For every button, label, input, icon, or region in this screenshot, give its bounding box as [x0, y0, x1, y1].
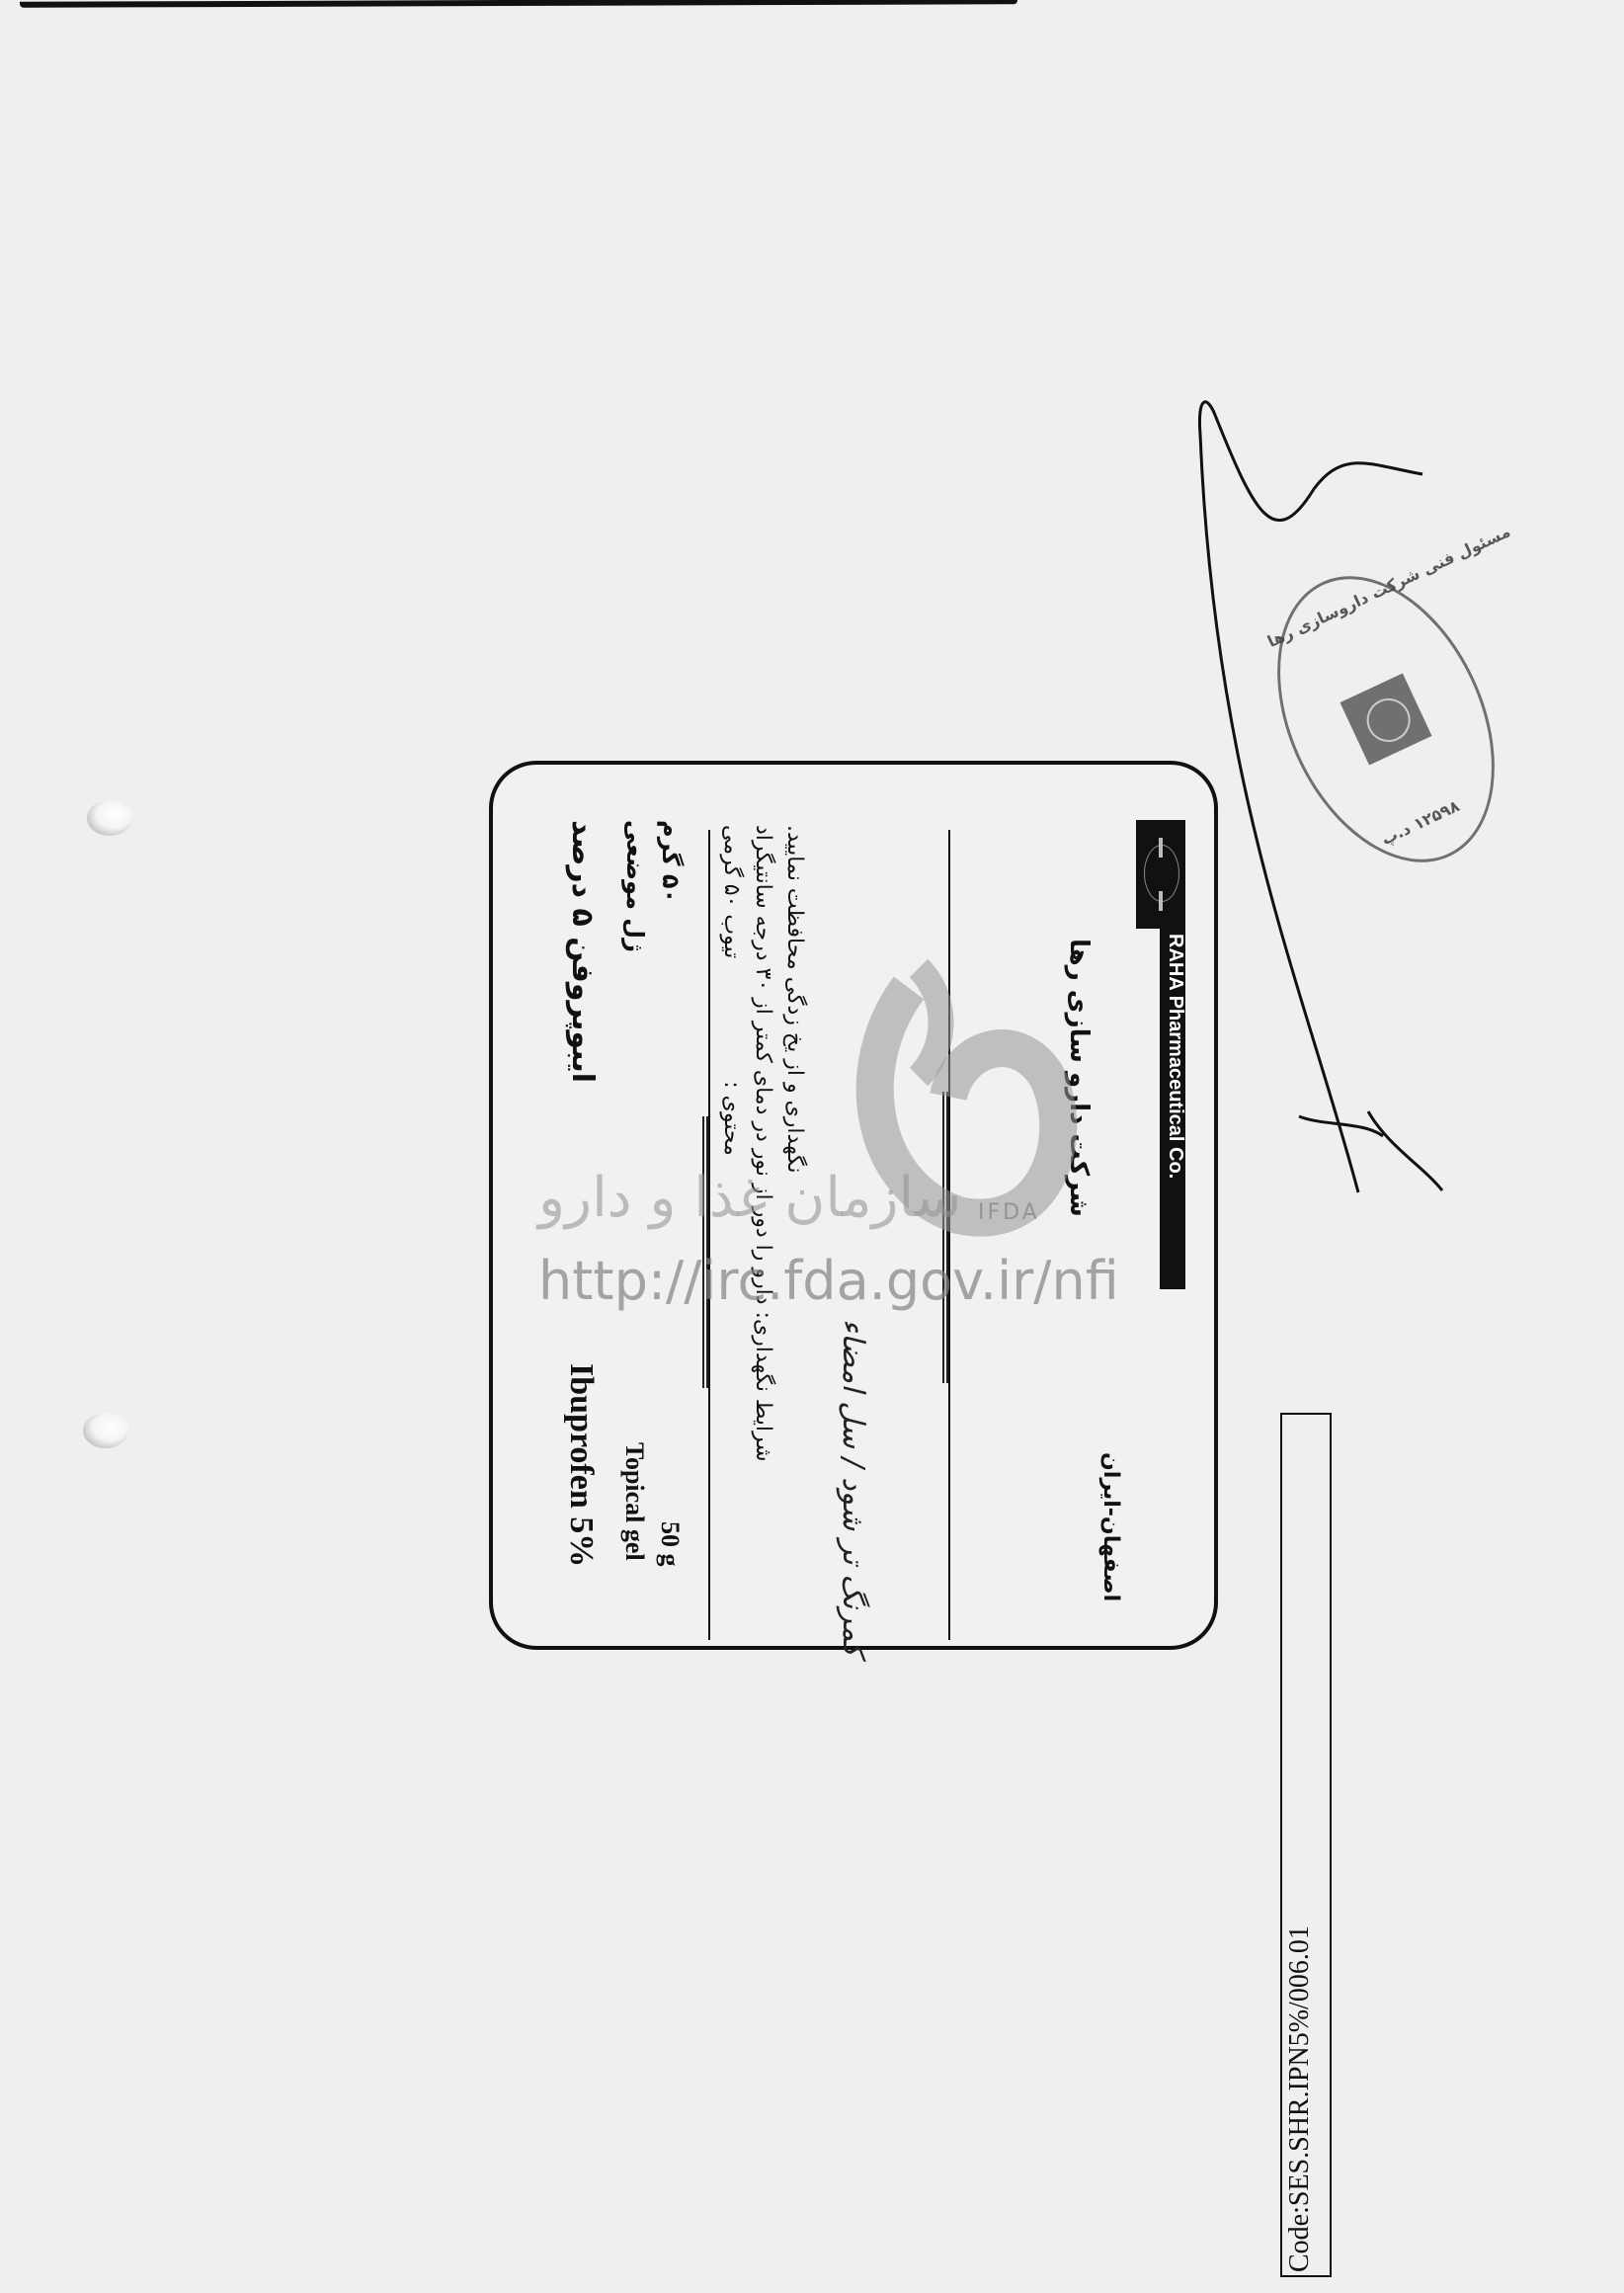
location-fa: اصفهان-ایران: [1098, 1452, 1123, 1601]
company-name-en: RAHA Pharmaceutical Co.: [1164, 934, 1186, 1179]
stamp-text: مسئول فنی شرکت داروسازی رها: [1264, 522, 1513, 651]
product-name-en: Ibuprofen 5%: [562, 1363, 600, 1567]
contents-label-text: محتوی :: [719, 1081, 744, 1156]
dosage-form-en: Topical gel: [619, 1442, 649, 1561]
quantity-fa: ۵۰ گرم: [657, 820, 685, 903]
storage-conditions-line2: نگهداری و از یخ زدگی محافظت نمایید.: [782, 825, 807, 1174]
divider-line: [948, 830, 950, 1640]
handwritten-note: کمرنگ تر شود / سل امضاء: [836, 1319, 870, 1657]
logo-mark: [1136, 820, 1185, 929]
page-top-edge: [20, 0, 1017, 8]
quantity-en: 50 g: [655, 1521, 685, 1567]
storage-conditions-line1: شرایط نگهداری: دارو را دور از نور در دما…: [751, 825, 775, 1462]
company-name-fa: شرکت دارو سازی رها: [1064, 939, 1094, 1217]
product-name-fa: ایبوپروفن ۵ درصد: [565, 820, 600, 1083]
stamp-logo-icon: [1340, 673, 1431, 765]
watermark-abbr: IFDA: [978, 1200, 1040, 1225]
divider-double: [942, 1092, 948, 1383]
document-code: Code:SES.SHR.IPN5%/006.01: [1284, 1925, 1316, 2272]
company-stamp: مسئول فنی شرکت داروسازی رها ۱۲۵۹۸ د.پ: [1235, 541, 1538, 897]
punch-hole: [87, 800, 132, 836]
contents-value: تیوب ۵۰ گرمی: [719, 825, 744, 958]
watermark-org-name: سازمان غذا و دارو: [538, 1166, 961, 1230]
contents-label: محتوی : تیوب ۵۰ گرمی: [719, 825, 744, 1156]
dosage-form-fa: ژل موضعی: [621, 820, 649, 952]
watermark-url: http://irc.fda.gov.ir/nfi: [538, 1250, 1119, 1312]
stamp-number: ۱۲۵۹۸ د.پ: [1378, 796, 1462, 849]
punch-hole: [83, 1413, 128, 1448]
divider-line: [708, 830, 710, 1640]
